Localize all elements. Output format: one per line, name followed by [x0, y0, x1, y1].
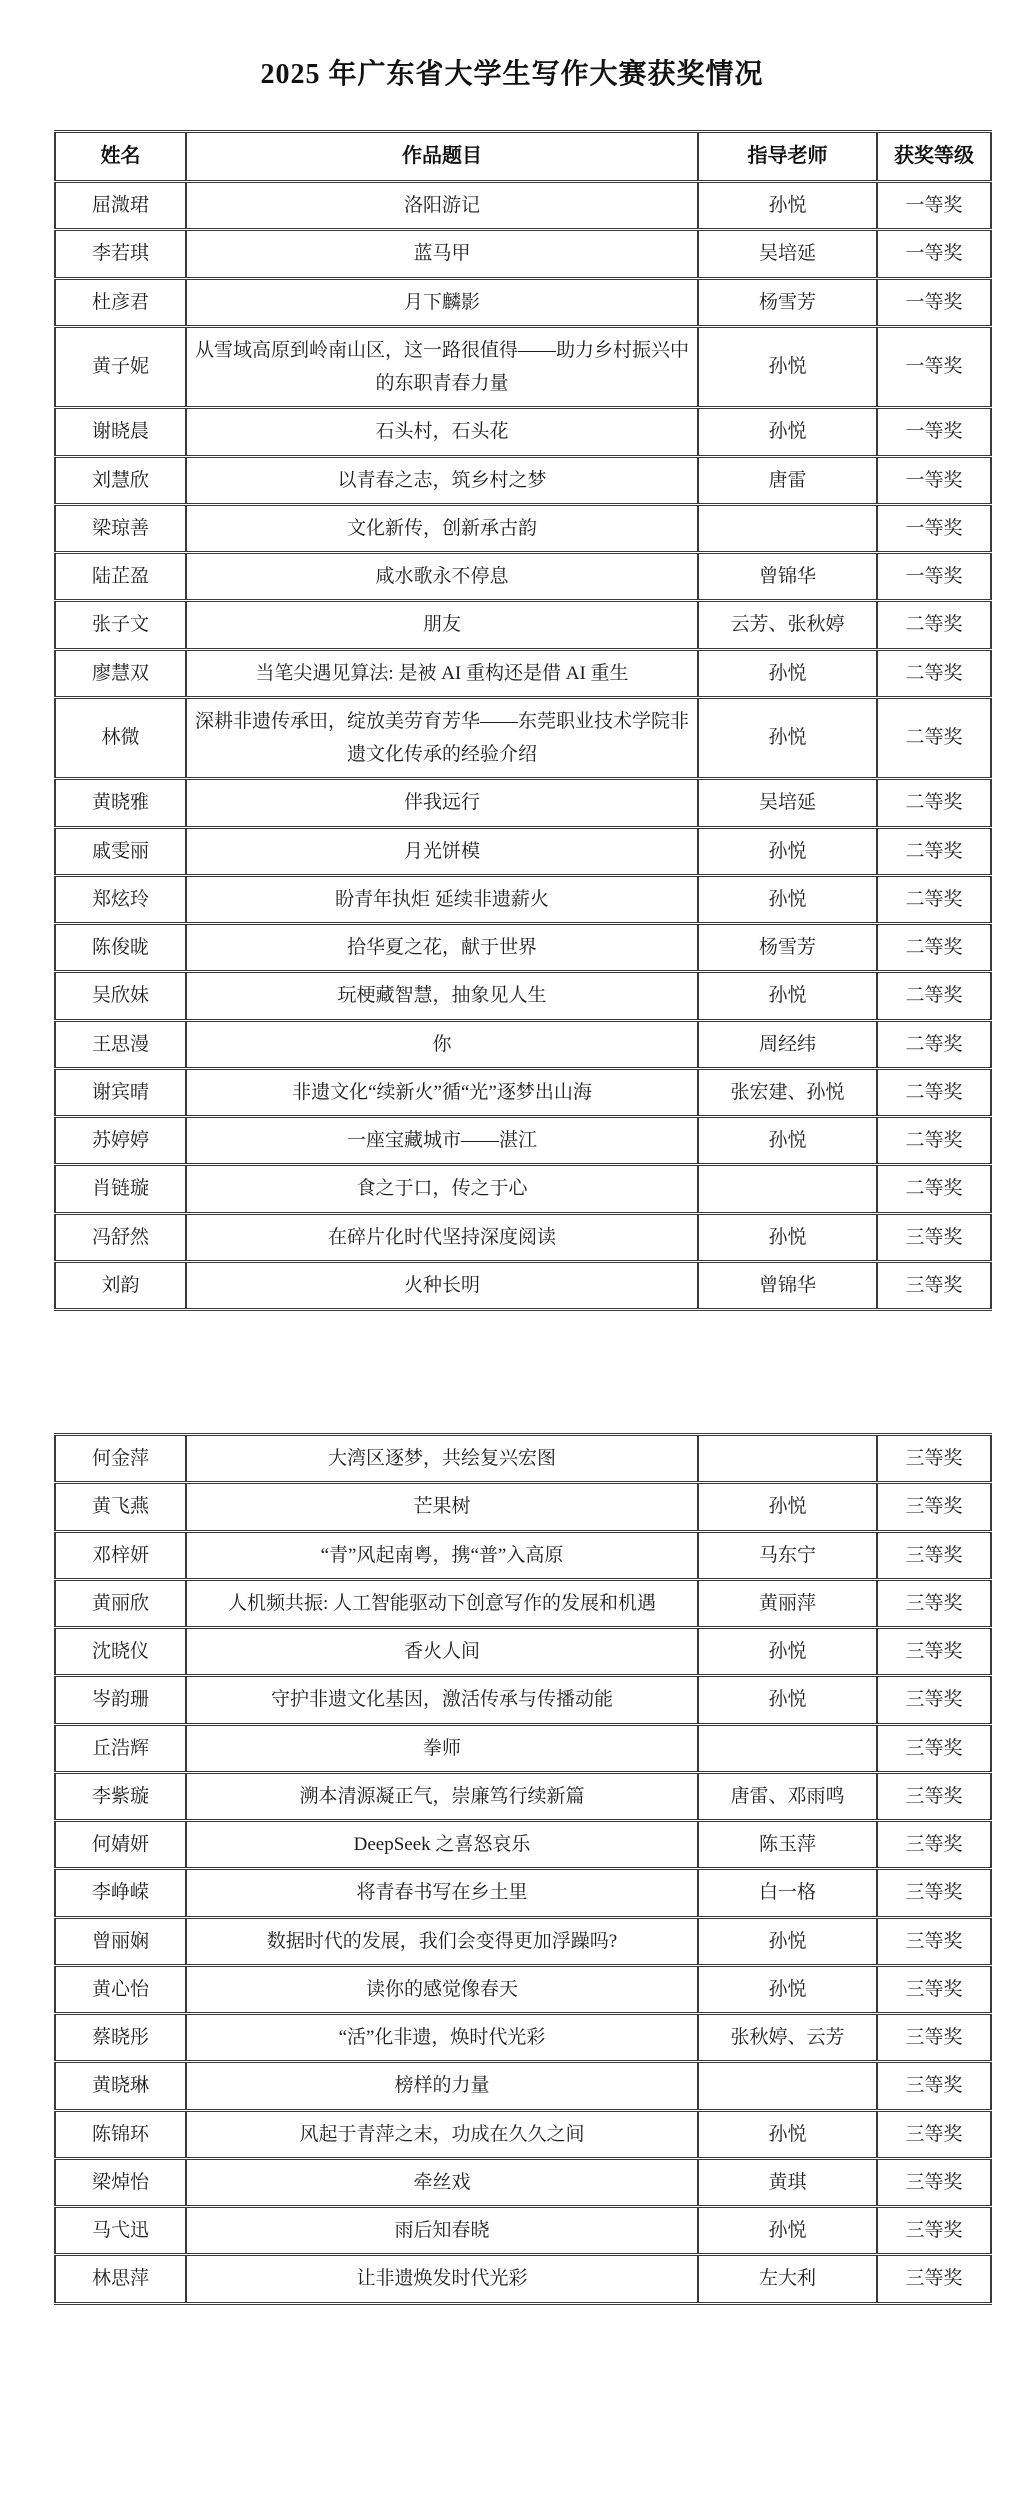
work-title-cell: 雨后知春晓: [186, 2207, 698, 2255]
name-cell: 陈锦环: [55, 2110, 186, 2158]
work-title-cell: 牵丝戏: [186, 2158, 698, 2206]
name-cell: 何婧妍: [55, 1821, 186, 1869]
work-title-cell: 将青春书写在乡土里: [186, 1869, 698, 1917]
table-body-page-2: 何金萍大湾区逐梦，共绘复兴宏图三等奖黄飞燕芒果树孙悦三等奖邓梓妍“青”风起南粤，…: [55, 1435, 991, 2304]
award-level-cell: 三等奖: [877, 1869, 991, 1917]
name-cell: 蔡晓彤: [55, 2014, 186, 2062]
award-level-cell: 三等奖: [877, 2158, 991, 2206]
table-row: 李峥嵘将青春书写在乡土里白一格三等奖: [55, 1869, 991, 1917]
name-cell: 戚雯丽: [55, 827, 186, 875]
name-cell: 黄晓雅: [55, 779, 186, 827]
work-title-cell: 火种长明: [186, 1261, 698, 1309]
work-title-cell: “活”化非遗，焕时代光彩: [186, 2014, 698, 2062]
work-title-cell: 守护非遗文化基因，激活传承与传播动能: [186, 1676, 698, 1724]
table-row: 王思漫你周经纬二等奖: [55, 1020, 991, 1068]
work-title-cell: 以青春之志，筑乡村之梦: [186, 456, 698, 504]
work-title-cell: 从雪域高原到岭南山区，这一路很值得——助力乡村振兴中的东职青春力量: [186, 326, 698, 408]
document-page: 2025 年广东省大学生写作大赛获奖情况 姓名 作品题目 指导老师 获奖等级 屈…: [0, 0, 1024, 2496]
name-cell: 何金萍: [55, 1435, 186, 1483]
award-level-cell: 一等奖: [877, 408, 991, 456]
work-title-cell: 在碎片化时代坚持深度阅读: [186, 1213, 698, 1261]
name-cell: 张子文: [55, 601, 186, 649]
table-row: 李若琪蓝马甲吴培延一等奖: [55, 230, 991, 278]
work-title-cell: 玩梗藏智慧，抽象见人生: [186, 972, 698, 1020]
name-cell: 岑韵珊: [55, 1676, 186, 1724]
award-level-cell: 一等奖: [877, 326, 991, 408]
column-header-award: 获奖等级: [877, 132, 991, 182]
work-title-cell: 拾华夏之花，献于世界: [186, 924, 698, 972]
name-cell: 曾丽娴: [55, 1917, 186, 1965]
table-row: 马弋迅雨后知春晓孙悦三等奖: [55, 2207, 991, 2255]
advisor-cell: 孙悦: [698, 1483, 877, 1531]
work-title-cell: 香火人间: [186, 1628, 698, 1676]
table-row: 戚雯丽月光饼模孙悦二等奖: [55, 827, 991, 875]
name-cell: 林思萍: [55, 2255, 186, 2303]
award-level-cell: 二等奖: [877, 1068, 991, 1116]
table-row: 苏婷婷一座宝藏城市——湛江孙悦二等奖: [55, 1117, 991, 1165]
advisor-cell: 孙悦: [698, 1117, 877, 1165]
table-row: 梁焯怡牵丝戏黄琪三等奖: [55, 2158, 991, 2206]
award-level-cell: 一等奖: [877, 553, 991, 601]
name-cell: 刘慧欣: [55, 456, 186, 504]
name-cell: 刘韵: [55, 1261, 186, 1309]
table-row: 黄晓琳榜样的力量三等奖: [55, 2062, 991, 2110]
name-cell: 廖慧双: [55, 649, 186, 697]
name-cell: 李紫璇: [55, 1772, 186, 1820]
work-title-cell: 朋友: [186, 601, 698, 649]
name-cell: 林微: [55, 697, 186, 779]
table-row: 何金萍大湾区逐梦，共绘复兴宏图三等奖: [55, 1435, 991, 1483]
table-header: 姓名 作品题目 指导老师 获奖等级: [55, 132, 991, 182]
name-cell: 黄子妮: [55, 326, 186, 408]
name-cell: 苏婷婷: [55, 1117, 186, 1165]
name-cell: 丘浩辉: [55, 1724, 186, 1772]
work-title-cell: 让非遗焕发时代光彩: [186, 2255, 698, 2303]
advisor-cell: 曾锦华: [698, 553, 877, 601]
work-title-cell: 芒果树: [186, 1483, 698, 1531]
table-row: 林思萍让非遗焕发时代光彩左大利三等奖: [55, 2255, 991, 2303]
column-header-teacher: 指导老师: [698, 132, 877, 182]
award-level-cell: 二等奖: [877, 972, 991, 1020]
table-row: 梁琼善文化新传，创新承古韵一等奖: [55, 504, 991, 552]
table-row: 何婧妍DeepSeek 之喜怒哀乐陈玉萍三等奖: [55, 1821, 991, 1869]
table-row: 曾丽娴数据时代的发展，我们会变得更加浮躁吗?孙悦三等奖: [55, 1917, 991, 1965]
name-cell: 马弋迅: [55, 2207, 186, 2255]
awards-table-page-1: 姓名 作品题目 指导老师 获奖等级 屈溦珺洛阳游记孙悦一等奖李若琪蓝马甲吴培延一…: [54, 130, 992, 1311]
advisor-cell: 云芳、张秋婷: [698, 601, 877, 649]
work-title-cell: 盼青年执炬 延续非遗薪火: [186, 875, 698, 923]
table-row: 廖慧双当笔尖遇见算法: 是被 AI 重构还是借 AI 重生孙悦二等奖: [55, 649, 991, 697]
work-title-cell: 蓝马甲: [186, 230, 698, 278]
table-row: 吴欣妹玩梗藏智慧，抽象见人生孙悦二等奖: [55, 972, 991, 1020]
award-level-cell: 二等奖: [877, 601, 991, 649]
advisor-cell: 吴培延: [698, 230, 877, 278]
work-title-cell: DeepSeek 之喜怒哀乐: [186, 1821, 698, 1869]
awards-table-page-2: 何金萍大湾区逐梦，共绘复兴宏图三等奖黄飞燕芒果树孙悦三等奖邓梓妍“青”风起南粤，…: [54, 1433, 992, 2305]
table-row: 郑炫玲盼青年执炬 延续非遗薪火孙悦二等奖: [55, 875, 991, 923]
advisor-cell: [698, 1435, 877, 1483]
name-cell: 陆芷盈: [55, 553, 186, 601]
table-row: 邓梓妍“青”风起南粤，携“普”入高原马东宁三等奖: [55, 1531, 991, 1579]
name-cell: 梁琼善: [55, 504, 186, 552]
table-row: 肖链璇食之于口，传之于心二等奖: [55, 1165, 991, 1213]
name-cell: 李峥嵘: [55, 1869, 186, 1917]
table-row: 黄心怡读你的感觉像春天孙悦三等奖: [55, 1965, 991, 2013]
name-cell: 邓梓妍: [55, 1531, 186, 1579]
table-row: 陈锦环风起于青萍之末，功成在久久之间孙悦三等奖: [55, 2110, 991, 2158]
advisor-cell: [698, 1165, 877, 1213]
award-level-cell: 二等奖: [877, 697, 991, 779]
work-title-cell: 咸水歌永不停息: [186, 553, 698, 601]
award-level-cell: 二等奖: [877, 1165, 991, 1213]
award-level-cell: 三等奖: [877, 1261, 991, 1309]
table-row: 林微深耕非遗传承田，绽放美劳育芳华——东莞职业技术学院非遗文化传承的经验介绍孙悦…: [55, 697, 991, 779]
advisor-cell: 孙悦: [698, 649, 877, 697]
table-row: 李紫璇溯本清源凝正气，崇廉笃行续新篇唐雷、邓雨鸣三等奖: [55, 1772, 991, 1820]
work-title-cell: 溯本清源凝正气，崇廉笃行续新篇: [186, 1772, 698, 1820]
award-level-cell: 三等奖: [877, 1676, 991, 1724]
table-row: 沈晓仪香火人间孙悦三等奖: [55, 1628, 991, 1676]
advisor-cell: [698, 504, 877, 552]
work-title-cell: “青”风起南粤，携“普”入高原: [186, 1531, 698, 1579]
header-row: 姓名 作品题目 指导老师 获奖等级: [55, 132, 991, 182]
name-cell: 吴欣妹: [55, 972, 186, 1020]
award-level-cell: 二等奖: [877, 1020, 991, 1068]
table-row: 黄晓雅伴我远行吴培延二等奖: [55, 779, 991, 827]
advisor-cell: 陈玉萍: [698, 1821, 877, 1869]
work-title-cell: 深耕非遗传承田，绽放美劳育芳华——东莞职业技术学院非遗文化传承的经验介绍: [186, 697, 698, 779]
table-row: 刘韵火种长明曾锦华三等奖: [55, 1261, 991, 1309]
advisor-cell: 孙悦: [698, 972, 877, 1020]
advisor-cell: 唐雷、邓雨鸣: [698, 1772, 877, 1820]
table-row: 黄丽欣人机频共振: 人工智能驱动下创意写作的发展和机遇黄丽萍三等奖: [55, 1579, 991, 1627]
table-row: 张子文朋友云芳、张秋婷二等奖: [55, 601, 991, 649]
award-level-cell: 二等奖: [877, 875, 991, 923]
work-title-cell: 数据时代的发展，我们会变得更加浮躁吗?: [186, 1917, 698, 1965]
name-cell: 谢宾晴: [55, 1068, 186, 1116]
advisor-cell: 孙悦: [698, 1917, 877, 1965]
award-level-cell: 二等奖: [877, 779, 991, 827]
table-row: 岑韵珊守护非遗文化基因，激活传承与传播动能孙悦三等奖: [55, 1676, 991, 1724]
work-title-cell: 拳师: [186, 1724, 698, 1772]
advisor-cell: 孙悦: [698, 2110, 877, 2158]
table-row: 屈溦珺洛阳游记孙悦一等奖: [55, 182, 991, 230]
award-level-cell: 三等奖: [877, 2255, 991, 2303]
advisor-cell: [698, 1724, 877, 1772]
advisor-cell: 孙悦: [698, 2207, 877, 2255]
award-level-cell: 三等奖: [877, 1821, 991, 1869]
name-cell: 冯舒然: [55, 1213, 186, 1261]
advisor-cell: 孙悦: [698, 1213, 877, 1261]
award-level-cell: 三等奖: [877, 2110, 991, 2158]
advisor-cell: 孙悦: [698, 1628, 877, 1676]
table-row: 谢宾晴非遗文化“续新火”循“光”逐梦出山海张宏建、孙悦二等奖: [55, 1068, 991, 1116]
name-cell: 杜彦君: [55, 278, 186, 326]
advisor-cell: 孙悦: [698, 408, 877, 456]
award-level-cell: 三等奖: [877, 2207, 991, 2255]
advisor-cell: 张宏建、孙悦: [698, 1068, 877, 1116]
advisor-cell: 黄琪: [698, 2158, 877, 2206]
award-level-cell: 三等奖: [877, 2062, 991, 2110]
award-level-cell: 三等奖: [877, 1724, 991, 1772]
award-level-cell: 一等奖: [877, 182, 991, 230]
table-row: 黄飞燕芒果树孙悦三等奖: [55, 1483, 991, 1531]
name-cell: 陈俊昽: [55, 924, 186, 972]
table-row: 陈俊昽拾华夏之花，献于世界杨雪芳二等奖: [55, 924, 991, 972]
work-title-cell: 大湾区逐梦，共绘复兴宏图: [186, 1435, 698, 1483]
award-level-cell: 二等奖: [877, 649, 991, 697]
work-title-cell: 洛阳游记: [186, 182, 698, 230]
work-title-cell: 你: [186, 1020, 698, 1068]
award-level-cell: 一等奖: [877, 504, 991, 552]
column-header-name: 姓名: [55, 132, 186, 182]
advisor-cell: 马东宁: [698, 1531, 877, 1579]
name-cell: 屈溦珺: [55, 182, 186, 230]
advisor-cell: 孙悦: [698, 875, 877, 923]
name-cell: 肖链璇: [55, 1165, 186, 1213]
work-title-cell: 人机频共振: 人工智能驱动下创意写作的发展和机遇: [186, 1579, 698, 1627]
work-title-cell: 榜样的力量: [186, 2062, 698, 2110]
award-level-cell: 三等奖: [877, 1772, 991, 1820]
table-body-page-1: 屈溦珺洛阳游记孙悦一等奖李若琪蓝马甲吴培延一等奖杜彦君月下麟影杨雪芳一等奖黄子妮…: [55, 182, 991, 1310]
award-level-cell: 一等奖: [877, 230, 991, 278]
advisor-cell: 孙悦: [698, 1676, 877, 1724]
advisor-cell: 左大利: [698, 2255, 877, 2303]
advisor-cell: 吴培延: [698, 779, 877, 827]
award-level-cell: 三等奖: [877, 1628, 991, 1676]
award-level-cell: 三等奖: [877, 1213, 991, 1261]
work-title-cell: 月下麟影: [186, 278, 698, 326]
award-level-cell: 二等奖: [877, 1117, 991, 1165]
work-title-cell: 食之于口，传之于心: [186, 1165, 698, 1213]
award-level-cell: 三等奖: [877, 1531, 991, 1579]
name-cell: 梁焯怡: [55, 2158, 186, 2206]
advisor-cell: 孙悦: [698, 827, 877, 875]
award-level-cell: 一等奖: [877, 456, 991, 504]
name-cell: 黄心怡: [55, 1965, 186, 2013]
work-title-cell: 石头村，石头花: [186, 408, 698, 456]
table-row: 谢晓晨石头村，石头花孙悦一等奖: [55, 408, 991, 456]
work-title-cell: 读你的感觉像春天: [186, 1965, 698, 2013]
award-level-cell: 三等奖: [877, 2014, 991, 2062]
work-title-cell: 月光饼模: [186, 827, 698, 875]
advisor-cell: 唐雷: [698, 456, 877, 504]
name-cell: 谢晓晨: [55, 408, 186, 456]
advisor-cell: 孙悦: [698, 326, 877, 408]
advisor-cell: 黄丽萍: [698, 1579, 877, 1627]
award-level-cell: 三等奖: [877, 1483, 991, 1531]
award-level-cell: 三等奖: [877, 1435, 991, 1483]
advisor-cell: 杨雪芳: [698, 278, 877, 326]
award-level-cell: 二等奖: [877, 827, 991, 875]
advisor-cell: 张秋婷、云芳: [698, 2014, 877, 2062]
table-row: 丘浩辉拳师三等奖: [55, 1724, 991, 1772]
advisor-cell: 周经纬: [698, 1020, 877, 1068]
name-cell: 黄晓琳: [55, 2062, 186, 2110]
advisor-cell: [698, 2062, 877, 2110]
work-title-cell: 一座宝藏城市——湛江: [186, 1117, 698, 1165]
award-level-cell: 一等奖: [877, 278, 991, 326]
award-level-cell: 三等奖: [877, 1579, 991, 1627]
table-row: 杜彦君月下麟影杨雪芳一等奖: [55, 278, 991, 326]
advisor-cell: 曾锦华: [698, 1261, 877, 1309]
page-title: 2025 年广东省大学生写作大赛获奖情况: [0, 0, 1024, 92]
advisor-cell: 孙悦: [698, 697, 877, 779]
work-title-cell: 伴我远行: [186, 779, 698, 827]
work-title-cell: 非遗文化“续新火”循“光”逐梦出山海: [186, 1068, 698, 1116]
advisor-cell: 白一格: [698, 1869, 877, 1917]
table-row: 蔡晓彤“活”化非遗，焕时代光彩张秋婷、云芳三等奖: [55, 2014, 991, 2062]
table-row: 陆芷盈咸水歌永不停息曾锦华一等奖: [55, 553, 991, 601]
award-level-cell: 三等奖: [877, 1917, 991, 1965]
name-cell: 郑炫玲: [55, 875, 186, 923]
name-cell: 黄飞燕: [55, 1483, 186, 1531]
work-title-cell: 文化新传，创新承古韵: [186, 504, 698, 552]
name-cell: 王思漫: [55, 1020, 186, 1068]
name-cell: 沈晓仪: [55, 1628, 186, 1676]
award-level-cell: 三等奖: [877, 1965, 991, 2013]
column-header-title: 作品题目: [186, 132, 698, 182]
advisor-cell: 杨雪芳: [698, 924, 877, 972]
advisor-cell: 孙悦: [698, 1965, 877, 2013]
table-row: 黄子妮从雪域高原到岭南山区，这一路很值得——助力乡村振兴中的东职青春力量孙悦一等…: [55, 326, 991, 408]
award-level-cell: 二等奖: [877, 924, 991, 972]
name-cell: 黄丽欣: [55, 1579, 186, 1627]
name-cell: 李若琪: [55, 230, 186, 278]
advisor-cell: 孙悦: [698, 182, 877, 230]
work-title-cell: 风起于青萍之末，功成在久久之间: [186, 2110, 698, 2158]
table-row: 刘慧欣以青春之志，筑乡村之梦唐雷一等奖: [55, 456, 991, 504]
table-row: 冯舒然在碎片化时代坚持深度阅读孙悦三等奖: [55, 1213, 991, 1261]
work-title-cell: 当笔尖遇见算法: 是被 AI 重构还是借 AI 重生: [186, 649, 698, 697]
